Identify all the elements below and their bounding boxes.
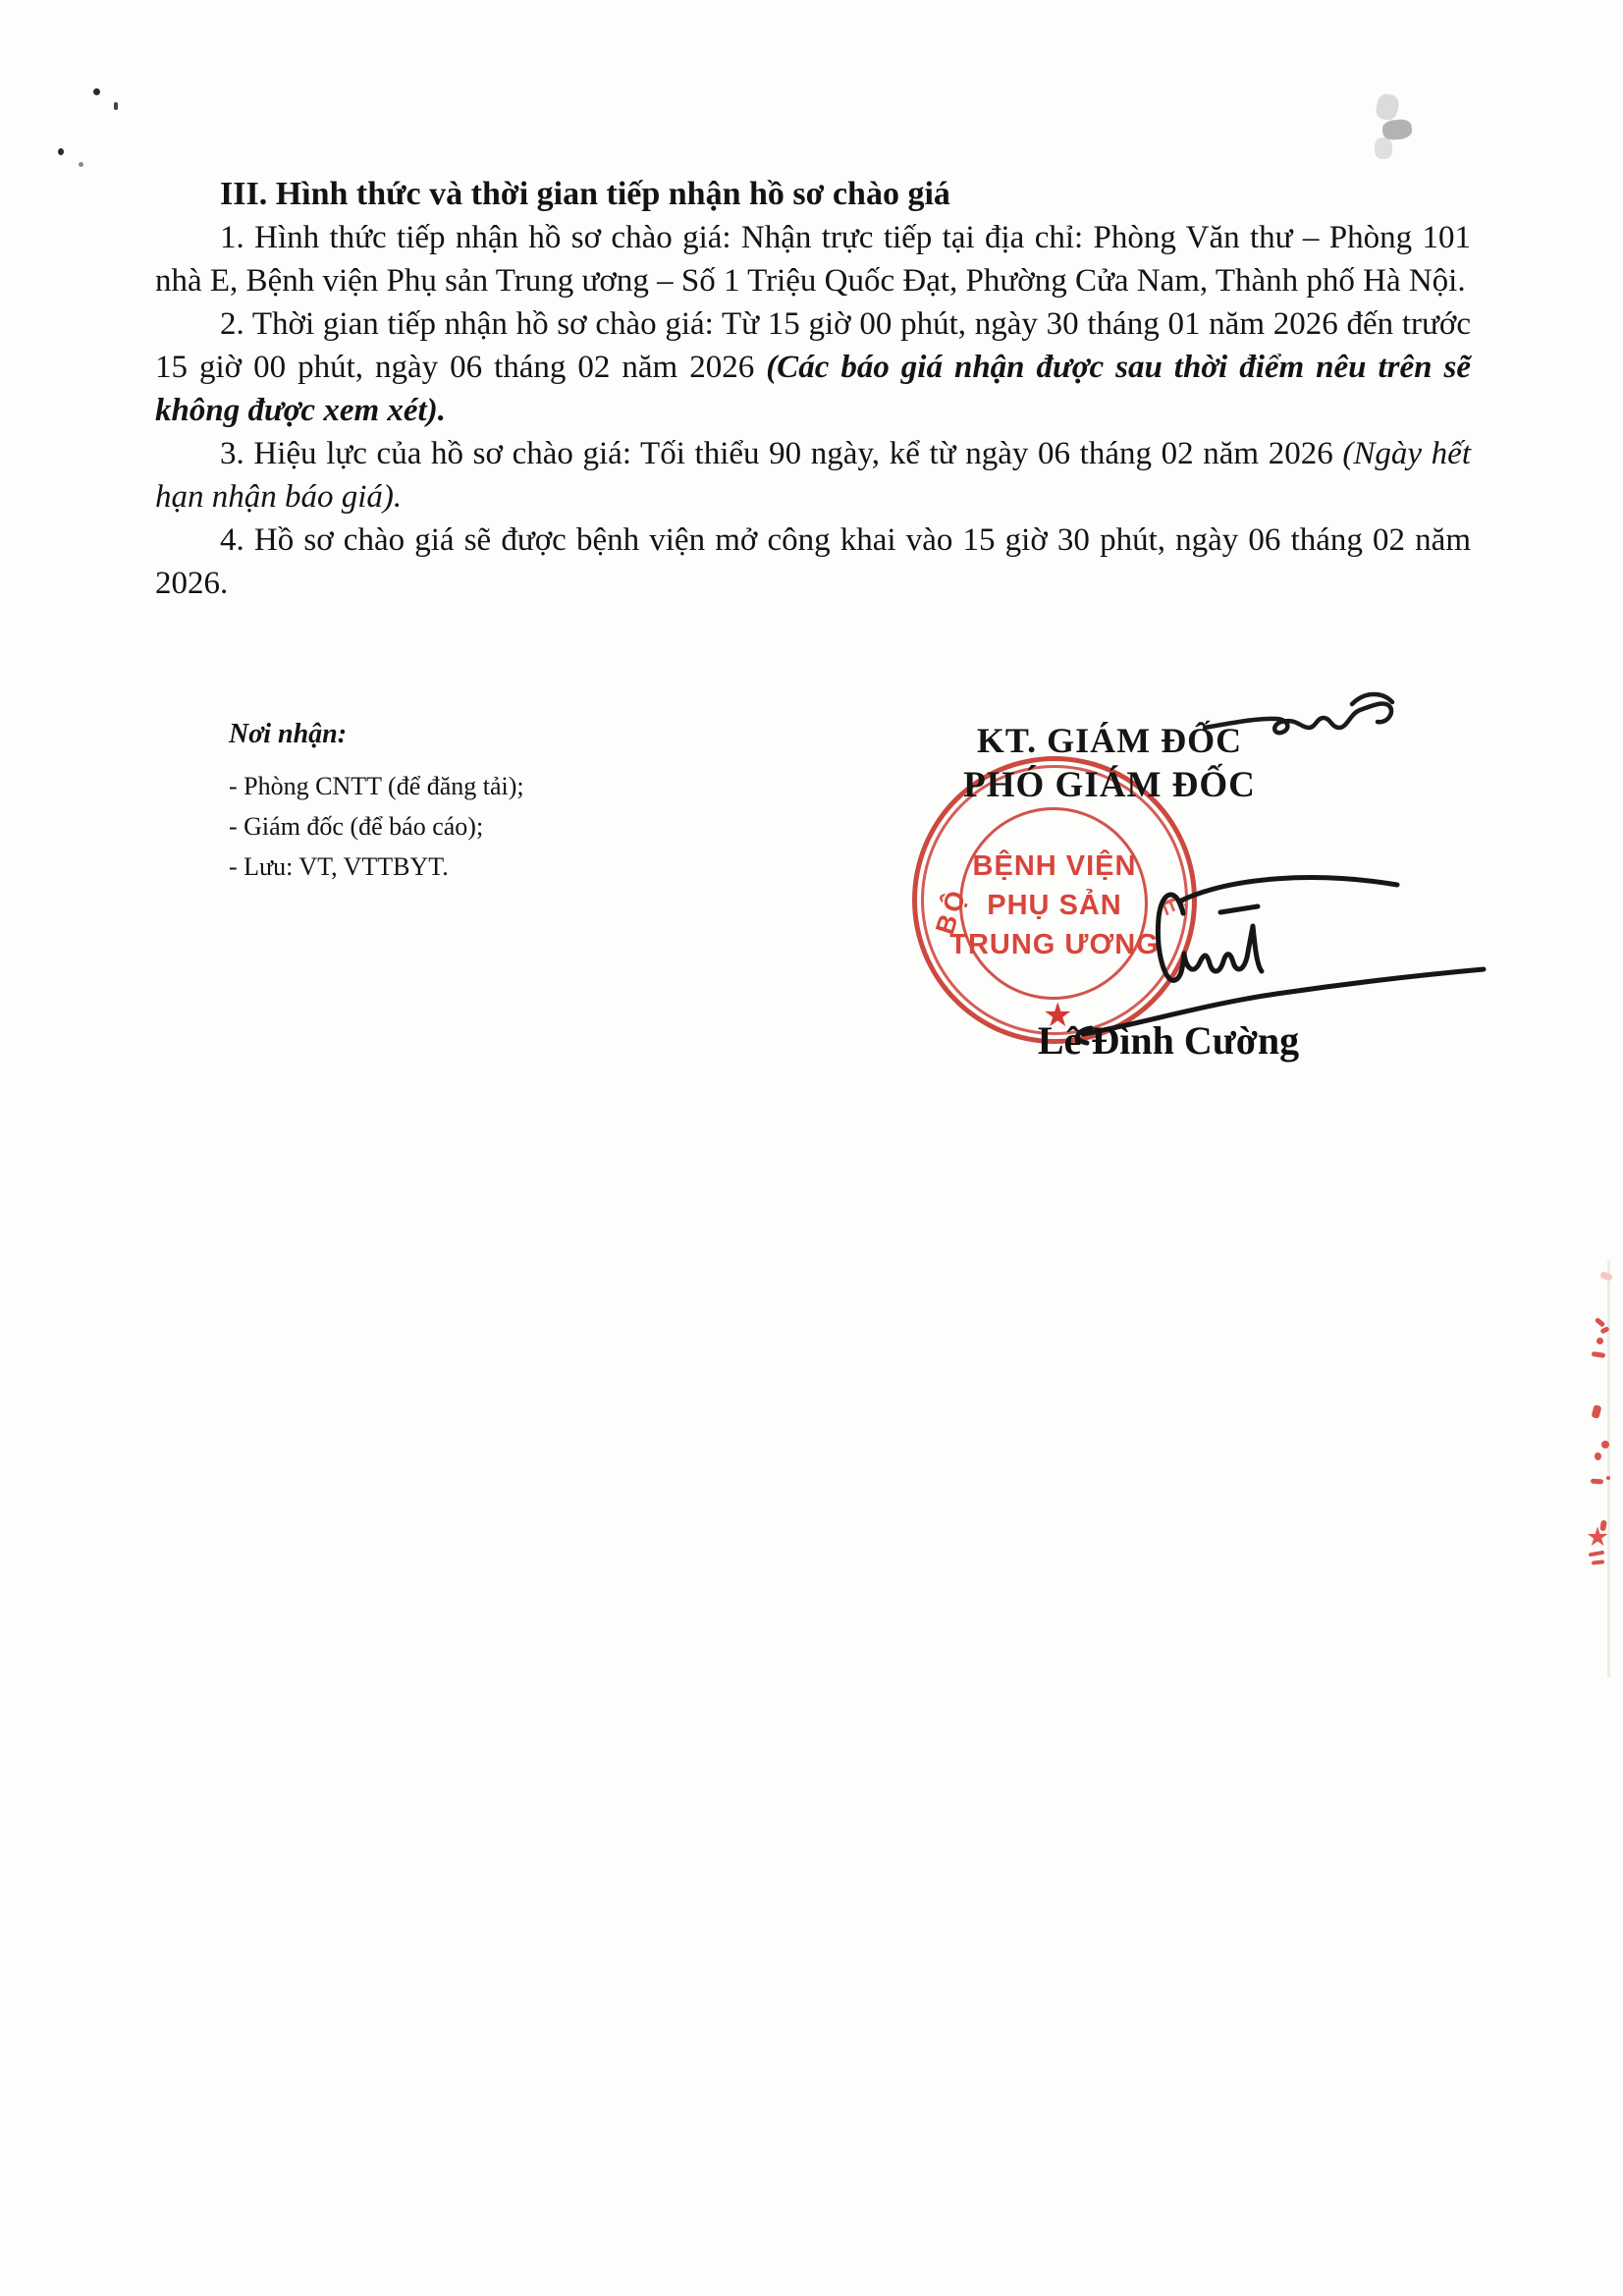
- ink-smudge: [1375, 137, 1392, 159]
- stamp-fragment: [1591, 1479, 1603, 1485]
- scanned-document-page: III. Hình thức và thời gian tiếp nhận hồ…: [0, 0, 1623, 2296]
- ink-smudge: [1375, 92, 1401, 122]
- recipient-item: - Phòng CNTT (để đăng tải);: [229, 766, 524, 806]
- scan-speck: [114, 102, 118, 110]
- signer-name: Lê Đình Cường: [1021, 1017, 1316, 1064]
- paragraph-1-text: 1. Hình thức tiếp nhận hồ sơ chào giá: N…: [155, 220, 1471, 299]
- stamp-fragment: [1606, 1476, 1610, 1480]
- scan-speck: [79, 162, 83, 167]
- stamp-fragment: [1592, 1351, 1606, 1358]
- stamp-fragment: [1596, 1338, 1603, 1344]
- stamp-fragment: [1592, 1559, 1604, 1564]
- edge-star-icon: ★: [1586, 1524, 1609, 1551]
- stamp-fragment: [1595, 1452, 1601, 1460]
- page-edge-line: [1607, 1260, 1610, 1677]
- paragraph-4-text: 4. Hồ sơ chào giá sẽ được bệnh viện mở c…: [155, 522, 1471, 601]
- signature-title-line2: PHÓ GIÁM ĐỐC: [938, 763, 1281, 808]
- stamp-fragment: [1599, 1271, 1613, 1282]
- section-heading: III. Hình thức và thời gian tiếp nhận hồ…: [155, 173, 1471, 216]
- paragraph-2: 2. Thời gian tiếp nhận hồ sơ chào giá: T…: [155, 302, 1471, 432]
- recipient-item: - Giám đốc (để báo cáo);: [229, 806, 524, 847]
- recipients-title: Nơi nhận:: [229, 714, 524, 754]
- document-body: III. Hình thức và thời gian tiếp nhận hồ…: [155, 173, 1471, 605]
- recipient-item: - Lưu: VT, VTTBYT.: [229, 847, 524, 887]
- signature-title-line1: KT. GIÁM ĐỐC: [938, 718, 1281, 763]
- stamp-fragment: [1592, 1404, 1602, 1419]
- paragraph-3: 3. Hiệu lực của hồ sơ chào giá: Tối thiể…: [155, 432, 1471, 519]
- recipients-block: Nơi nhận: - Phòng CNTT (để đăng tải); - …: [229, 714, 524, 887]
- paragraph-1: 1. Hình thức tiếp nhận hồ sơ chào giá: N…: [155, 216, 1471, 302]
- paragraph-4: 4. Hồ sơ chào giá sẽ được bệnh viện mở c…: [155, 519, 1471, 605]
- stamp-fragment: [1601, 1441, 1609, 1449]
- scan-speck: [58, 148, 64, 155]
- stamp-fragment: [1595, 1317, 1606, 1328]
- paragraph-3-text: 3. Hiệu lực của hồ sơ chào giá: Tối thiể…: [220, 436, 1342, 471]
- signature-titles: KT. GIÁM ĐỐC PHÓ GIÁM ĐỐC: [938, 718, 1281, 808]
- scan-speck: [93, 88, 100, 95]
